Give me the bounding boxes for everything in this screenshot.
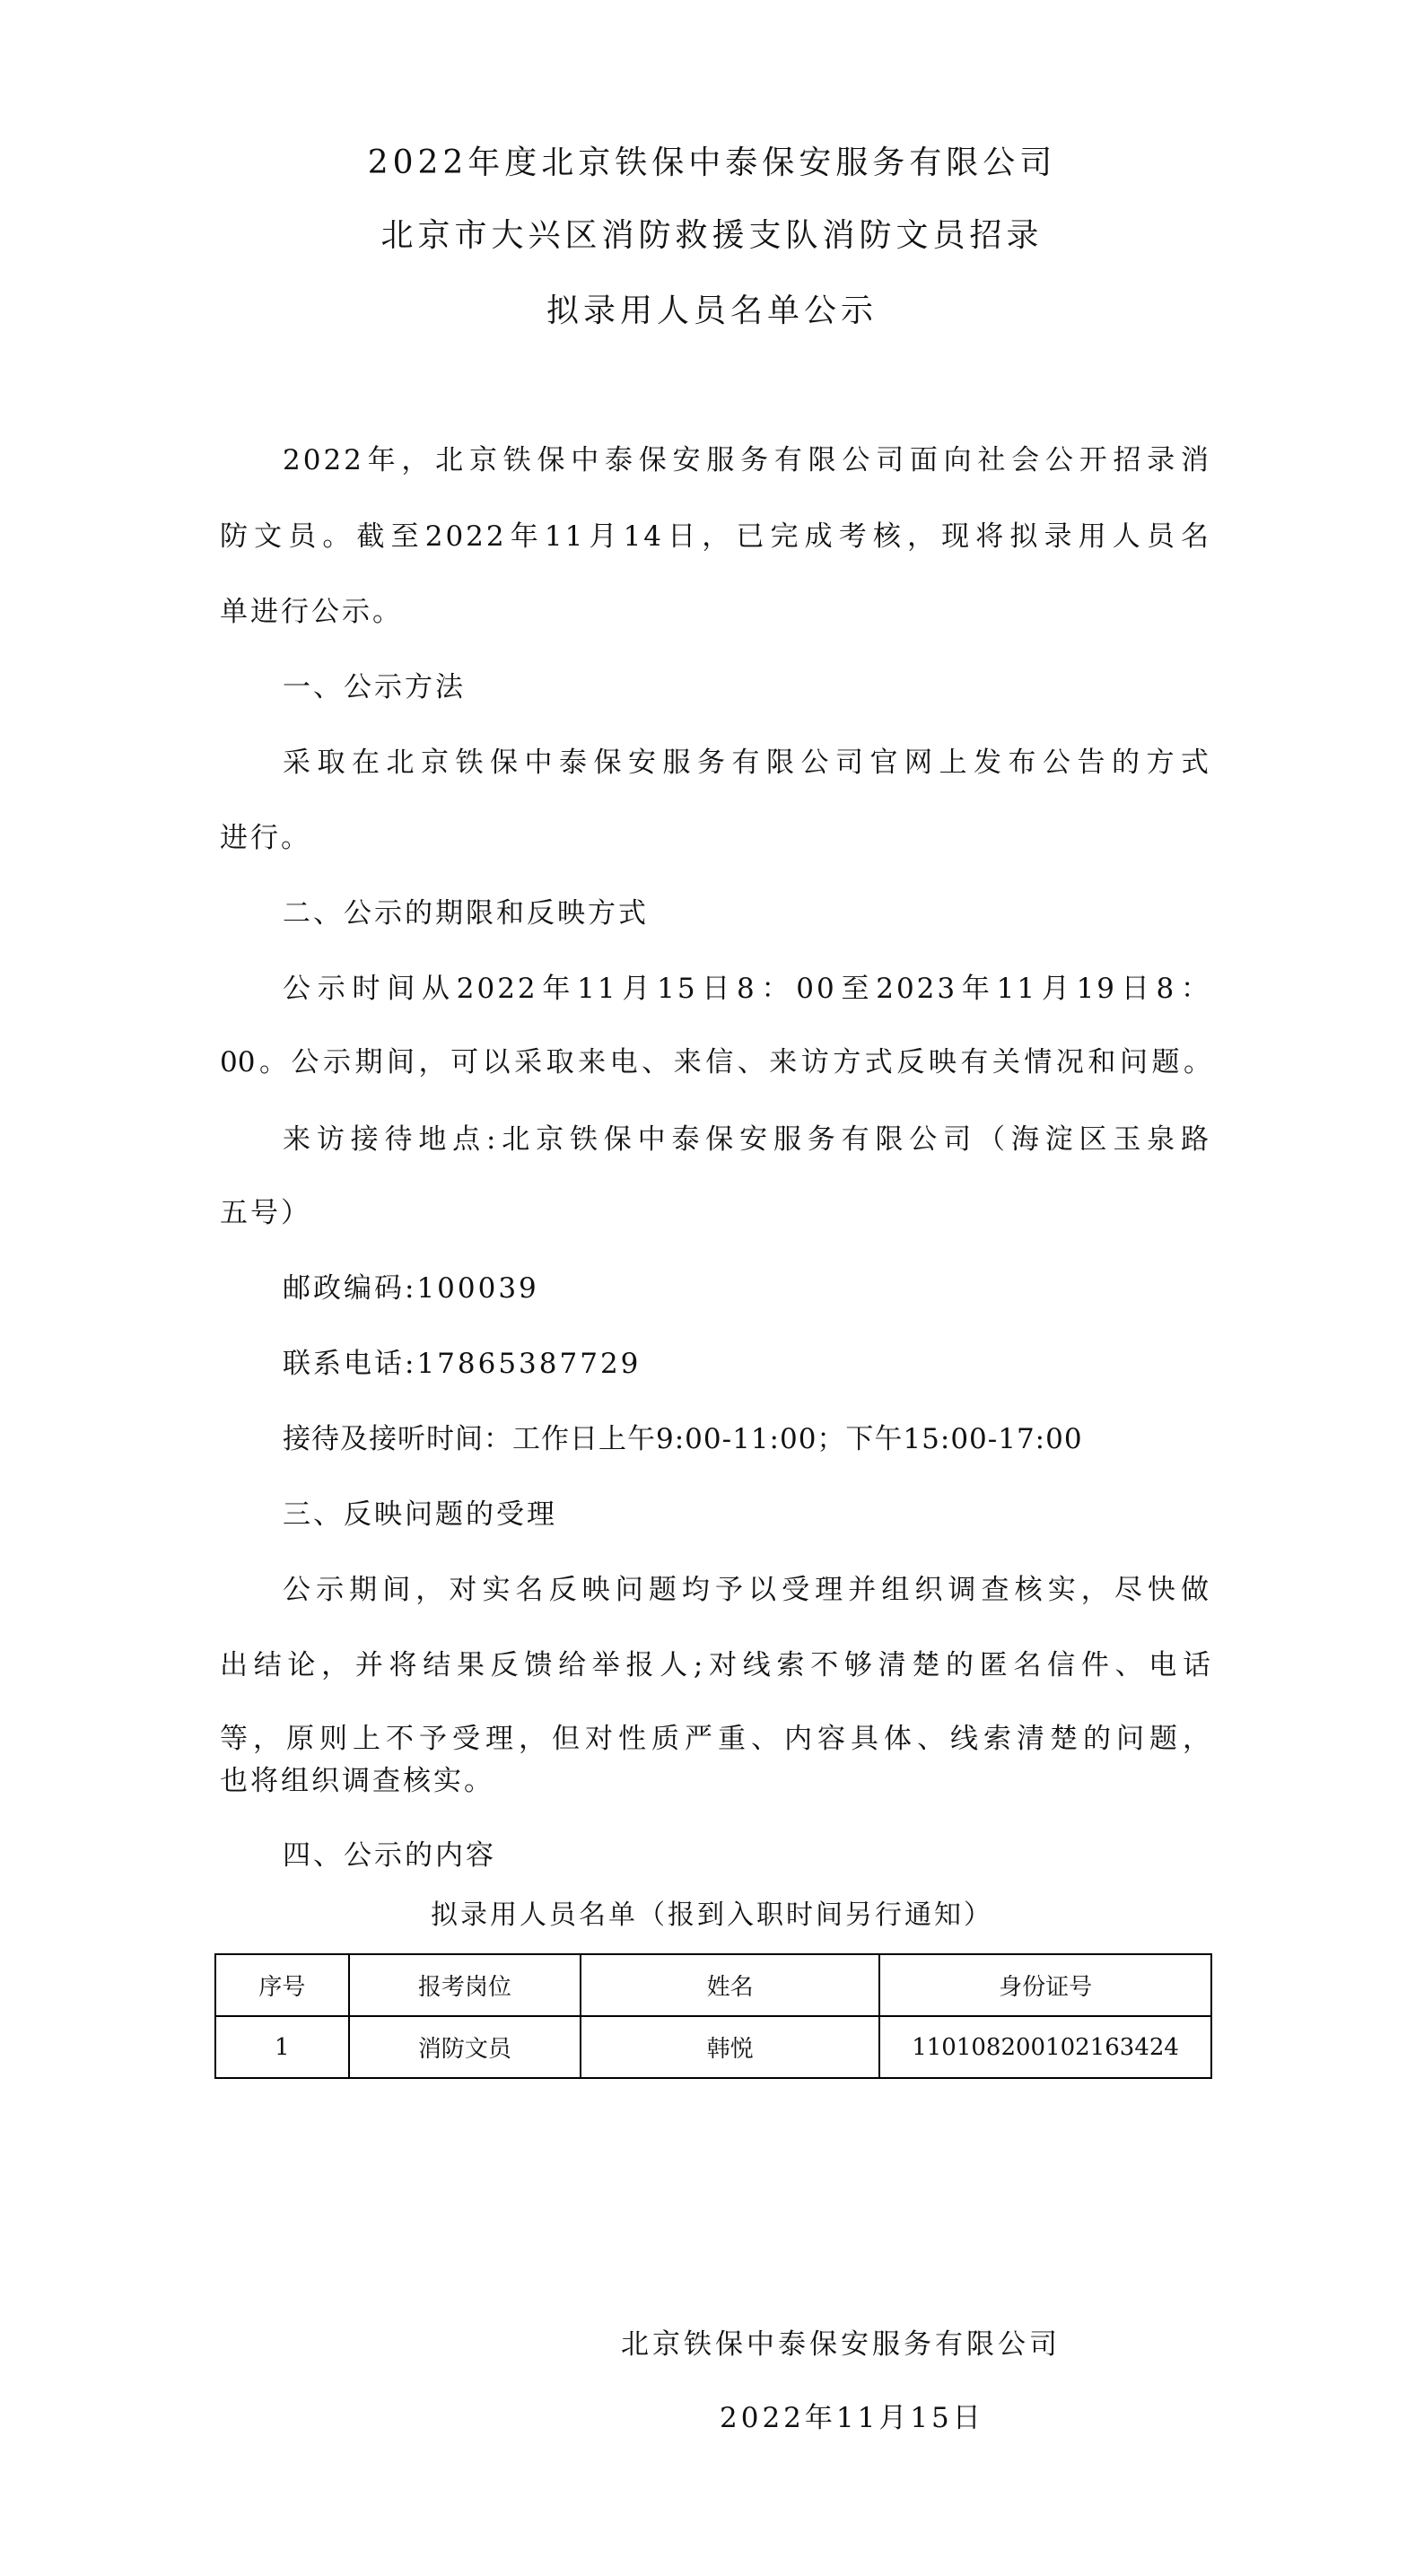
section4-heading: 四、公示的内容 — [283, 1838, 1211, 1873]
section1-line-2: 进行。 — [220, 820, 1211, 856]
reception-hours: 接待及接听时间：工作日上午9:00-11:00；下午15:00-17:00 — [283, 1421, 1211, 1457]
section1-heading: 一、公示方法 — [283, 669, 1211, 705]
intro-line-1: 2022年，北京铁保中泰保安服务有限公司面向社会公开招录消 — [283, 442, 1211, 478]
cell-position: 消防文员 — [349, 2016, 581, 2078]
intro-line-2: 防文员。截至2022年11月14日，已完成考核，现将拟录用人员名 — [220, 519, 1211, 554]
title-line-3: 拟录用人员名单公示 — [0, 292, 1424, 331]
section1-line-1: 采取在北京铁保中泰保安服务有限公司官网上发布公告的方式 — [283, 745, 1211, 781]
title-line-1: 2022年度北京铁保中泰保安服务有限公司 — [0, 144, 1424, 183]
section2-period-line-1: 公示时间从2022年11月15日8：00至2023年11月19日8： — [283, 971, 1211, 1007]
postal-code: 邮政编码:100039 — [283, 1271, 1211, 1306]
header-id-number: 身份证号 — [879, 1954, 1211, 2016]
section3-line-3: 等，原则上不予受理，但对性质严重、内容具体、线索清楚的问题， — [220, 1721, 1211, 1757]
section3-line-2: 出结论，并将结果反馈给举报人;对线索不够清楚的匿名信件、电话 — [220, 1647, 1211, 1683]
section2-heading: 二、公示的期限和反映方式 — [283, 895, 1211, 931]
section2-address-line-1: 来访接待地点:北京铁保中泰保安服务有限公司（海淀区玉泉路 — [283, 1122, 1211, 1157]
table-header-row: 序号 报考岗位 姓名 身份证号 — [215, 1954, 1211, 2016]
cell-seq: 1 — [215, 2016, 349, 2078]
section3-heading: 三、反映问题的受理 — [283, 1497, 1211, 1533]
section2-period-line-2: 00。公示期间，可以采取来电、来信、来访方式反映有关情况和问题。 — [220, 1044, 1211, 1080]
section3-line-1: 公示期间，对实名反映问题均予以受理并组织调查核实，尽快做 — [283, 1572, 1211, 1608]
section2-address-line-2: 五号） — [220, 1195, 1211, 1231]
cell-name: 韩悦 — [581, 2016, 879, 2078]
cell-id-number: 110108200102163424 — [879, 2016, 1211, 2078]
table-row: 1 消防文员 韩悦 110108200102163424 — [215, 2016, 1211, 2078]
intro-line-3: 单进行公示。 — [220, 594, 1211, 630]
header-name: 姓名 — [581, 1954, 879, 2016]
header-position: 报考岗位 — [349, 1954, 581, 2016]
table-caption: 拟录用人员名单（报到入职时间另行通知） — [0, 1898, 1424, 1934]
section3-line-4: 也将组织调查核实。 — [220, 1763, 1211, 1799]
contact-phone: 联系电话:17865387729 — [283, 1346, 1211, 1382]
signature-date: 2022年11月15日 — [720, 2400, 984, 2436]
signature-organization: 北京铁保中泰保安服务有限公司 — [621, 2327, 1061, 2362]
title-line-2: 北京市大兴区消防救援支队消防文员招录 — [0, 216, 1424, 256]
roster-table: 序号 报考岗位 姓名 身份证号 1 消防文员 韩悦 11010820010216… — [214, 1953, 1212, 2079]
header-seq: 序号 — [215, 1954, 349, 2016]
